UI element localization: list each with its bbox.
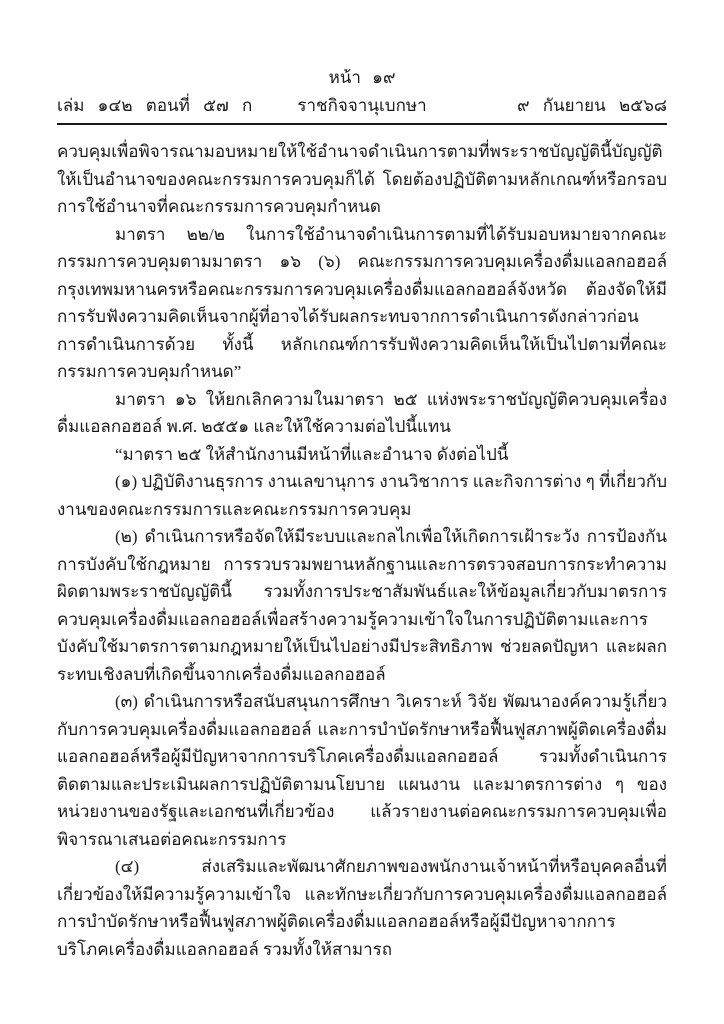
- page-number: หน้า ๑๙: [57, 66, 667, 90]
- paragraph-section-16: มาตรา ๑๖ ให้ยกเลิกความในมาตรา ๒๕ แห่งพระ…: [57, 386, 667, 441]
- paragraph-continuation: ควบคุมเพื่อพิจารณามอบหมายให้ใช้อำนาจดำเน…: [57, 138, 667, 221]
- volume-issue-label: เล่ม ๑๔๒ ตอนที่ ๕๗ ก: [57, 94, 297, 118]
- paragraph-item-4: (๔) ส่งเสริมและพัฒนาศักยภาพของพนักงานเจ้…: [57, 853, 667, 963]
- paragraph-item-2: (๒) ดำเนินการหรือจัดให้มีระบบและกลไกเพื่…: [57, 523, 667, 688]
- gazette-page: หน้า ๑๙ เล่ม ๑๔๒ ตอนที่ ๕๗ ก ราชกิจจานุเ…: [0, 0, 724, 1024]
- document-body: ควบคุมเพื่อพิจารณามอบหมายให้ใช้อำนาจดำเน…: [57, 125, 667, 963]
- gazette-date: ๙ กันยายน ๒๕๖๘: [427, 94, 667, 118]
- paragraph-section-25-intro: “มาตรา ๒๕ ให้สำนักงานมีหน้าที่และอำนาจ ด…: [57, 441, 667, 469]
- gazette-title: ราชกิจจานุเบกษา: [297, 94, 426, 118]
- paragraph-item-3: (๓) ดำเนินการหรือสนับสนุนการศึกษา วิเครา…: [57, 688, 667, 853]
- paragraph-section-22-2: มาตรา ๒๒/๒ ในการใช้อำนาจดำเนินการตามที่ไ…: [57, 221, 667, 386]
- paragraph-item-1: (๑) ปฏิบัติงานธุรการ งานเลขานุการ งานวิช…: [57, 468, 667, 523]
- masthead: เล่ม ๑๔๒ ตอนที่ ๕๗ ก ราชกิจจานุเบกษา ๙ ก…: [57, 94, 667, 118]
